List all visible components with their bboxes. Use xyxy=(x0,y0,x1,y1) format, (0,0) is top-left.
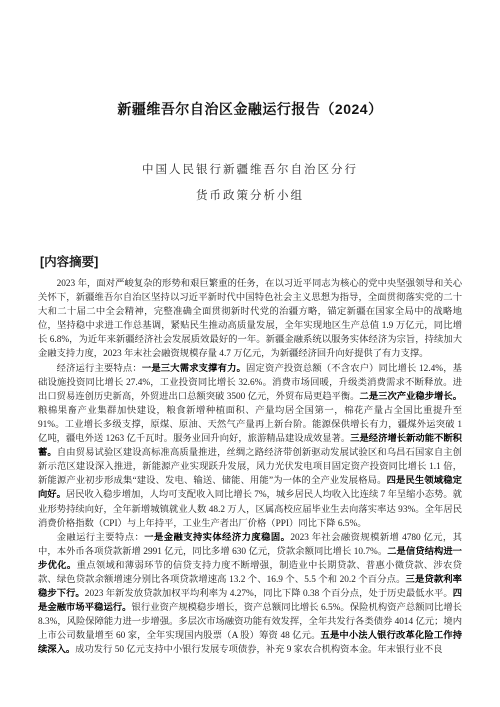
abstract-body: 2023 年，面对严峻复杂的形势和艰巨繁重的任务，在以习近平同志为核心的党中央坚… xyxy=(38,277,462,658)
text-run: 2023 年新发放贷款加权平均利率为 4.27%，同比下降 0.38 个百分点，… xyxy=(85,589,453,599)
text-run-emphasis: 一是金融支持实体经济力度稳固。 xyxy=(144,533,290,543)
report-title: 新疆维吾尔自治区金融运行报告（2024） xyxy=(0,99,500,119)
text-run: 经济运行主要特点： xyxy=(57,364,142,374)
author-group: 货币政策分析小组 xyxy=(0,187,500,203)
abstract-heading: [内容摘要] xyxy=(40,252,98,270)
text-run-emphasis: 二是三次产业稳步增长。 xyxy=(360,392,463,402)
text-run: 重点领域和薄弱环节的信贷支持力度不断增强，制造业中长期贷款、普惠小微贷款、涉农贷… xyxy=(38,561,462,585)
text-run: 居民收入稳步增加，人均可支配收入同比增长 7%，城乡居民人均收入比连续 7 年呈… xyxy=(38,490,462,528)
document-page: 新疆维吾尔自治区金融运行报告（2024） 中国人民银行新疆维吾尔自治区分行 货币… xyxy=(0,0,500,707)
text-run: 2023 年，面对严峻复杂的形势和艰巨繁重的任务，在以习近平同志为核心的党中央坚… xyxy=(38,279,462,359)
abstract-paragraph-finance: 金融运行主要特点：一是金融支持实体经济力度稳固。2023 年社会融资规模新增 4… xyxy=(38,531,462,658)
text-run: 金融运行主要特点： xyxy=(57,533,145,543)
text-run-emphasis: 一是三大需求支撑有力。 xyxy=(142,364,246,374)
author-institution: 中国人民银行新疆维吾尔自治区分行 xyxy=(0,161,500,177)
abstract-paragraph-overview: 2023 年，面对严峻复杂的形势和艰巨繁重的任务，在以习近平同志为核心的党中央坚… xyxy=(38,277,462,362)
abstract-paragraph-economy: 经济运行主要特点：一是三大需求支撑有力。固定资产投资总额（不含农户）同比增长 1… xyxy=(38,362,462,531)
page-number: 1 xyxy=(0,647,500,656)
